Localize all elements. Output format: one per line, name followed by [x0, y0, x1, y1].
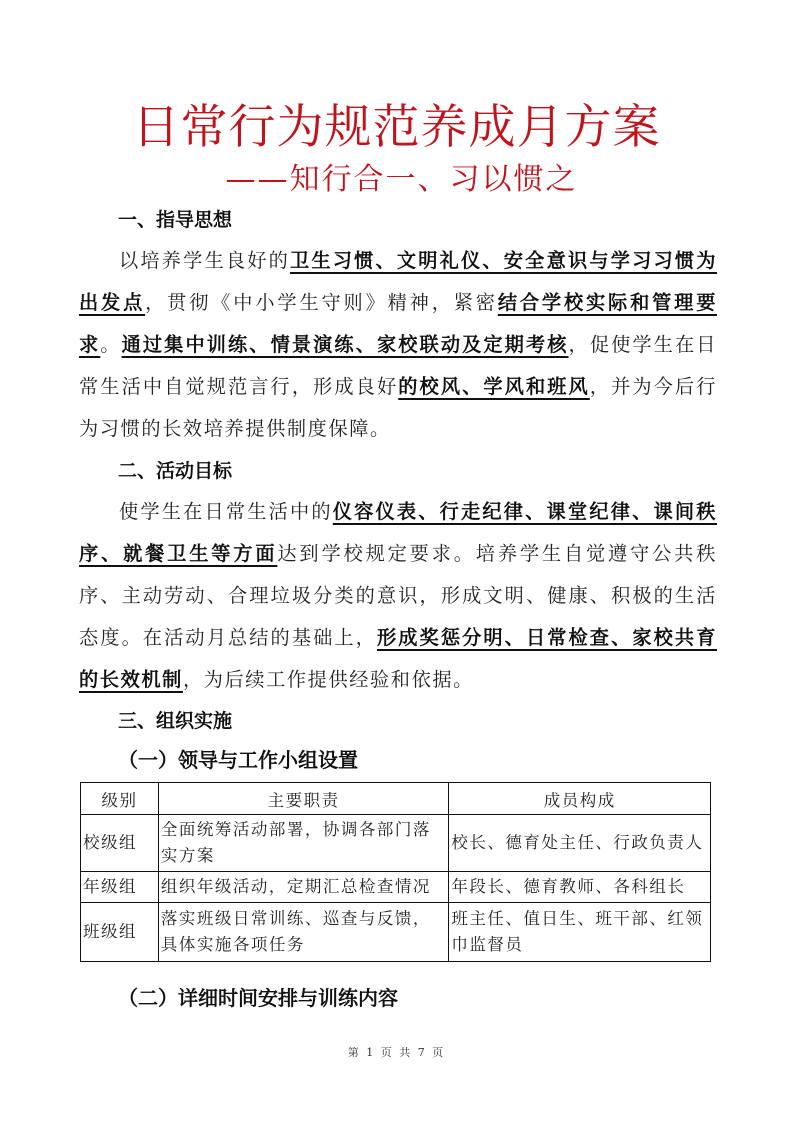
table-row: 年级组 组织年级活动，定期汇总检查情况 年段长、德育教师、各科组长 [81, 872, 711, 903]
section-paragraph-activity-goals: 使学生在日常生活中的仪容仪表、行走纪律、课堂纪律、课间秩序、就餐卫生等方面达到学… [79, 491, 717, 701]
table-cell-duties: 组织年级活动，定期汇总检查情况 [158, 872, 449, 903]
text-run: ，为后续工作提供经验和依据。 [183, 668, 474, 691]
section-heading-guiding-ideology: 一、指导思想 [118, 207, 232, 233]
table-cell-level: 班级组 [81, 903, 159, 962]
table-cell-members: 年段长、德育教师、各科组长 [449, 872, 711, 903]
subsection-heading-schedule: （二）详细时间安排与训练内容 [118, 984, 398, 1012]
section-heading-organization: 三、组织实施 [118, 708, 232, 734]
text-run: ，贯彻《中小学生守则》精神，紧密 [145, 291, 498, 314]
document-subtitle: ——知行合一、习以惯之 [0, 160, 793, 200]
table-cell-duties: 全面统筹活动部署，协调各部门落实方案 [158, 815, 449, 872]
table-cell-members: 校长、德育处主任、行政负责人 [449, 815, 711, 872]
table-cell-members: 班主任、值日生、班干部、红领巾监督员 [449, 903, 711, 962]
underlined-text-run: 通过集中训练、情景演练、家校联动及定期考核 [122, 333, 569, 356]
table-header-cell: 成员构成 [449, 783, 711, 815]
subsection-heading-leadership-groups: （一）领导与工作小组设置 [118, 746, 358, 774]
table-header-cell: 级别 [81, 783, 159, 815]
leadership-groups-table: 级别 主要职责 成员构成 校级组 全面统筹活动部署，协调各部门落实方案 校长、德… [80, 782, 711, 962]
table-cell-level: 年级组 [81, 872, 159, 903]
section-paragraph-guiding-ideology: 以培养学生良好的卫生习惯、文明礼仪、安全意识与学习习惯为出发点，贯彻《中小学生守… [79, 240, 717, 450]
page-number-footer: 第 1 页 共 7 页 [0, 1044, 793, 1060]
table-row: 校级组 全面统筹活动部署，协调各部门落实方案 校长、德育处主任、行政负责人 [81, 815, 711, 872]
text-run: 使学生在日常生活中的 [119, 500, 333, 523]
table-cell-level: 校级组 [81, 815, 159, 872]
table-header-cell: 主要职责 [158, 783, 449, 815]
table-header-row: 级别 主要职责 成员构成 [81, 783, 711, 815]
document-title: 日常行为规范养成月方案 [0, 98, 793, 158]
table-row: 班级组 落实班级日常训练、巡查与反馈，具体实施各项任务 班主任、值日生、班干部、… [81, 903, 711, 962]
table-cell-duties: 落实班级日常训练、巡查与反馈，具体实施各项任务 [158, 903, 449, 962]
text-run: 以培养学生良好的 [119, 249, 290, 272]
text-run: 。 [100, 333, 121, 356]
section-heading-activity-goals: 二、活动目标 [118, 458, 232, 484]
underlined-text-run: 的校风、学风和班风 [398, 375, 590, 398]
